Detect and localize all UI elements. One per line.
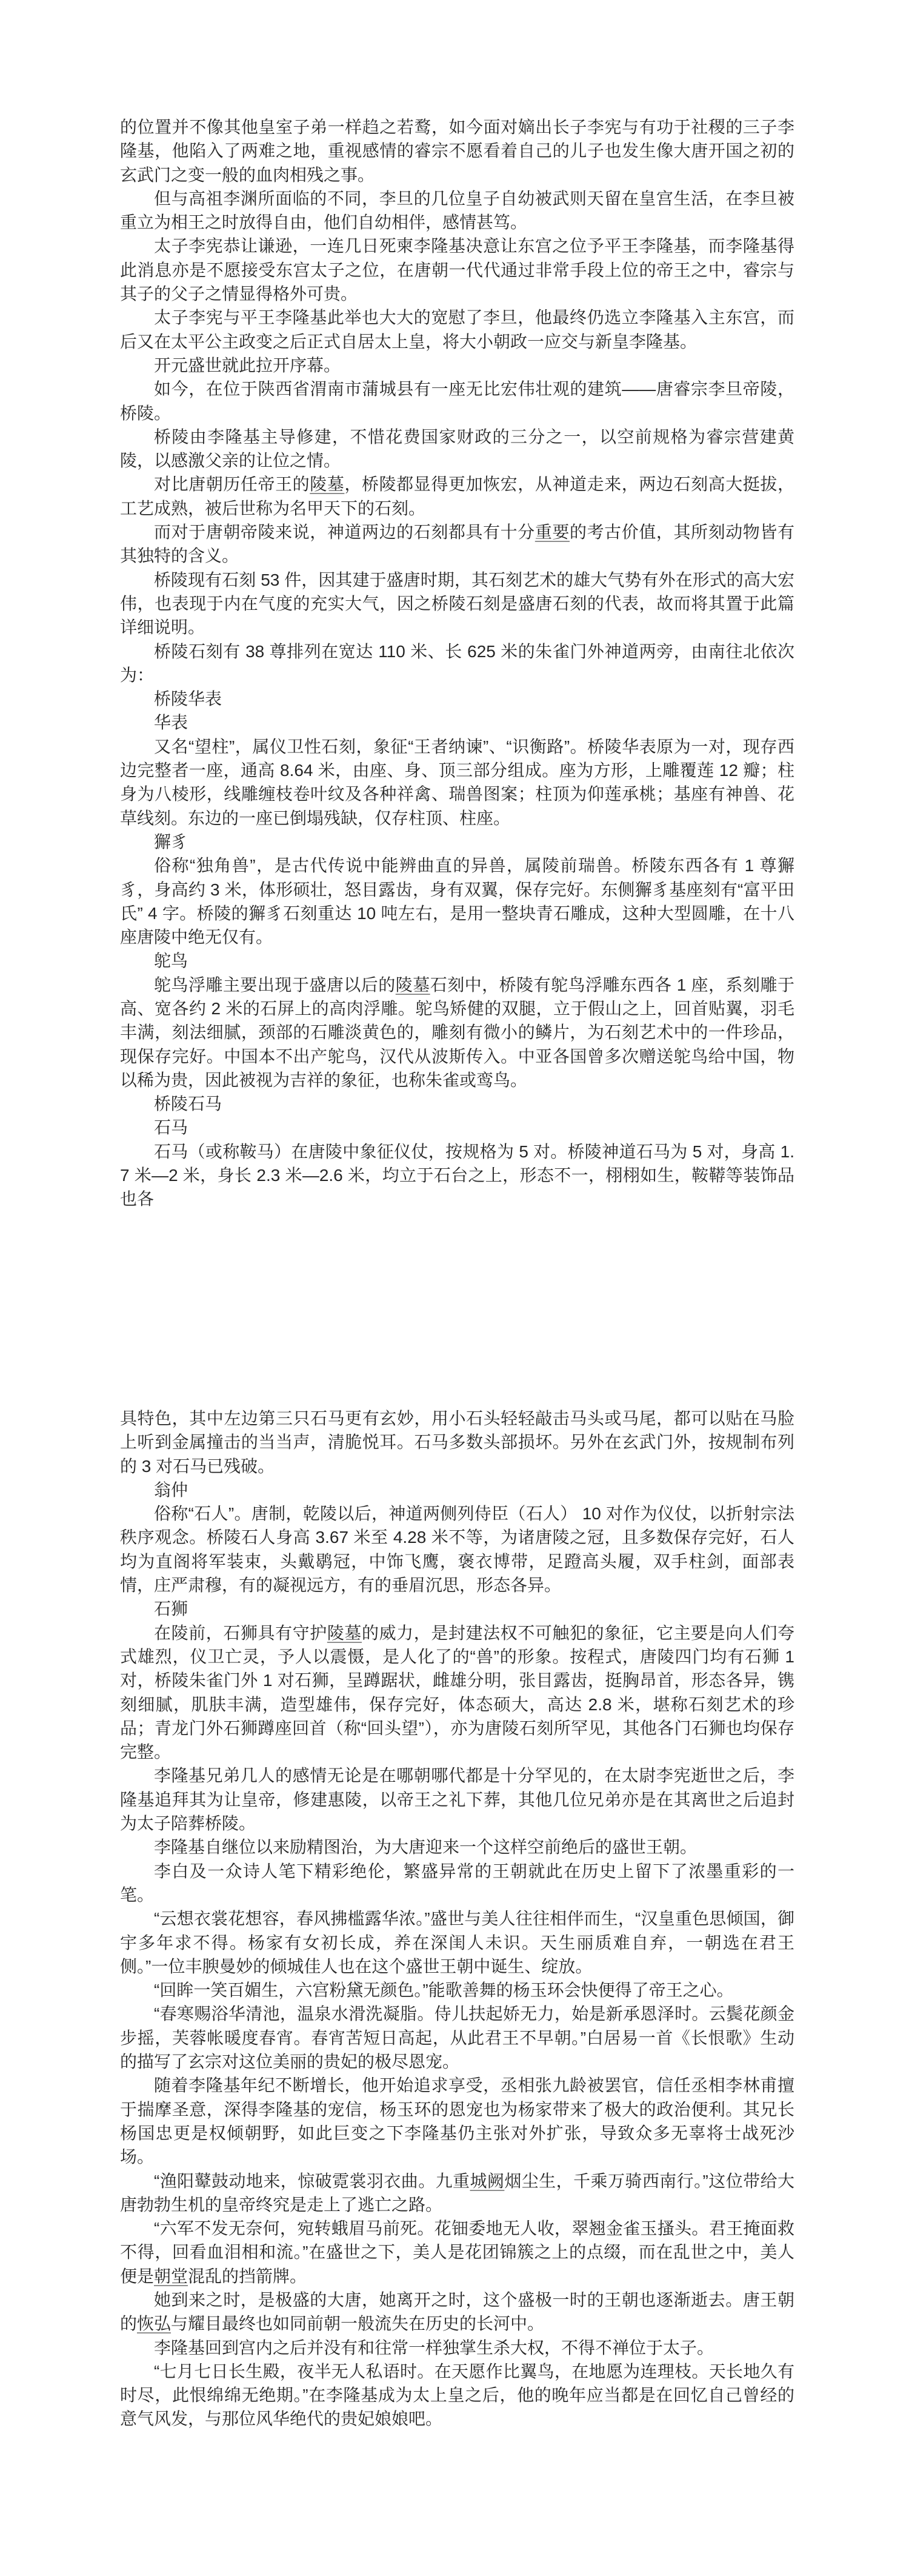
paragraph: 鸵鸟	[120, 949, 794, 972]
document-text-page-2: 具特色，其中左边第三只石马更有玄妙，用小石头轻轻敲击马头或马尾，都可以贴在马脸上…	[120, 1407, 794, 2431]
paragraph: “云想衣裳花想容，春风拂槛露华浓。”盛世与美人往往相伴而生，“汉皇重色思倾国，御…	[120, 1907, 794, 1978]
grammar-underline: 朝堂	[154, 2267, 188, 2286]
grammar-underline: 陵墓	[327, 1624, 362, 1642]
paragraph: “回眸一笑百媚生，六宫粉黛无颜色。”能歌善舞的杨玉环会快便得了帝王之心。	[120, 1978, 794, 2002]
paragraph: “六军不发无奈何，宛转蛾眉马前死。花钿委地无人收，翠翘金雀玉搔头。君王掩面救不得…	[120, 2216, 794, 2288]
paragraph: 鸵鸟浮雕主要出现于盛唐以后的陵墓石刻中，桥陵有鸵鸟浮雕东西各 1 座，系刻雕于高…	[120, 973, 794, 1092]
paragraph: 华表	[120, 711, 794, 734]
paragraph: “七月七日长生殿，夜半无人私语时。在天愿作比翼鸟，在地愿为连理枝。天长地久有时尽…	[120, 2360, 794, 2431]
grammar-underline: 陵墓	[310, 475, 344, 493]
paragraph: 李白及一众诗人笔下精彩绝伦，繁盛异常的王朝就此在历史上留下了浓墨重彩的一笔。	[120, 1859, 794, 1907]
paragraph: 桥陵由李隆基主导修建，不惜花费国家财政的三分之一，以空前规格为睿宗营建黄陵，以感…	[120, 425, 794, 473]
paragraph: 如今，在位于陕西省渭南市蒲城县有一座无比宏伟壮观的建筑——唐睿宗李旦帝陵，桥陵。	[120, 377, 794, 425]
paragraph: 而对于唐朝帝陵来说，神道两边的石刻都具有十分重要的考古价值，其所刻动物皆有其独特…	[120, 520, 794, 568]
paragraph: 俗称“石人”。唐制，乾陵以后，神道两侧列侍臣（石人） 10 对作为仪仗，以折射宗…	[120, 1502, 794, 1597]
paragraph: 太子李宪恭让谦逊，一连几日死柬李隆基决意让东宫之位予平王李隆基，而李隆基得此消息…	[120, 234, 794, 306]
paragraph: 她到来之时，是极盛的大唐，她离开之时，这个盛极一时的王朝也逐渐逝去。唐王朝的恢弘…	[120, 2288, 794, 2336]
paragraph: 的位置并不像其他皇室子弟一样趋之若鹜，如今面对嫡出长子李宪与有功于社稷的三子李隆…	[120, 115, 794, 187]
paragraph: 翁仲	[120, 1478, 794, 1502]
grammar-underline: 恢弘	[137, 2314, 171, 2333]
grammar-underline: 城阙	[470, 2172, 505, 2190]
paragraph: 李隆基兄弟几人的感情无论是在哪朝哪代都是十分罕见的，在太尉李宪逝世之后，李隆基追…	[120, 1764, 794, 1835]
paragraph: 但与高祖李渊所面临的不同，李旦的几位皇子自幼被武则天留在皇宫生活，在李旦被重立为…	[120, 187, 794, 235]
paragraph: “春寒赐浴华清池，温泉水滑洗凝脂。侍儿扶起娇无力，始是新承恩泽时。云鬓花颜金步摇…	[120, 2002, 794, 2073]
grammar-underline: 重要	[535, 523, 570, 541]
paragraph: “渔阳鼙鼓动地来，惊破霓裳羽衣曲。九重城阙烟尘生，千乘万骑西南行。”这位带给大唐…	[120, 2169, 794, 2217]
paragraph: 开元盛世就此拉开序幕。	[120, 353, 794, 377]
paragraph: 石马	[120, 1116, 794, 1139]
paragraph: 李隆基回到宫内之后并没有和往常一样独掌生杀大权，不得不禅位于太子。	[120, 2336, 794, 2360]
paragraph: 桥陵现有石刻 53 件，因其建于盛唐时期，其石刻艺术的雄大气势有外在形式的高大宏…	[120, 568, 794, 640]
paragraph: 随着李隆基年纪不断增长，他开始追求享受，丞相张九龄被罢官，信任丞相李林甫擅于揣摩…	[120, 2073, 794, 2169]
document-text-page-1: 的位置并不像其他皇室子弟一样趋之若鹜，如今面对嫡出长子李宪与有功于社稷的三子李隆…	[120, 115, 794, 1211]
paragraph: 又名“望柱”，属仪卫性石刻，象征“王者纳谏”、“识衡路”。桥陵华表原为一对，现存…	[120, 735, 794, 830]
paragraph: 桥陵华表	[120, 687, 794, 711]
paragraph: 俗称“独角兽”，是古代传说中能辨曲直的异兽，属陵前瑞兽。桥陵东西各有 1 尊獬豸…	[120, 854, 794, 949]
grammar-underline: 陵墓	[396, 975, 430, 994]
paragraph: 对比唐朝历任帝王的陵墓，桥陵都显得更加恢宏，从神道走来，两边石刻高大挺拔，工艺成…	[120, 472, 794, 520]
document-viewer-page: { "page": { "background_color": "#ffffff…	[0, 0, 909, 2576]
paragraph: 在陵前，石狮具有守护陵墓的威力，是封建法权不可触犯的象征，它主要是向人们夸式雄烈…	[120, 1621, 794, 1764]
paragraph: 石狮	[120, 1597, 794, 1621]
paragraph: 獬豸	[120, 830, 794, 854]
paragraph: 李隆基自继位以来励精图治，为大唐迎来一个这样空前绝后的盛世王朝。	[120, 1835, 794, 1859]
paragraph: 石马（或称鞍马）在唐陵中象征仪仗，按规格为 5 对。桥陵神道石马为 5 对，身高…	[120, 1140, 794, 1211]
paragraph: 桥陵石刻有 38 尊排列在宽达 110 米、长 625 米的朱雀门外神道两旁，由…	[120, 640, 794, 687]
paragraph: 太子李宪与平王李隆基此举也大大的宽慰了李旦，他最终仍选立李隆基入主东宫，而后又在…	[120, 306, 794, 353]
paragraph: 具特色，其中左边第三只石马更有玄妙，用小石头轻轻敲击马头或马尾，都可以贴在马脸上…	[120, 1407, 794, 1478]
paragraph: 桥陵石马	[120, 1092, 794, 1116]
